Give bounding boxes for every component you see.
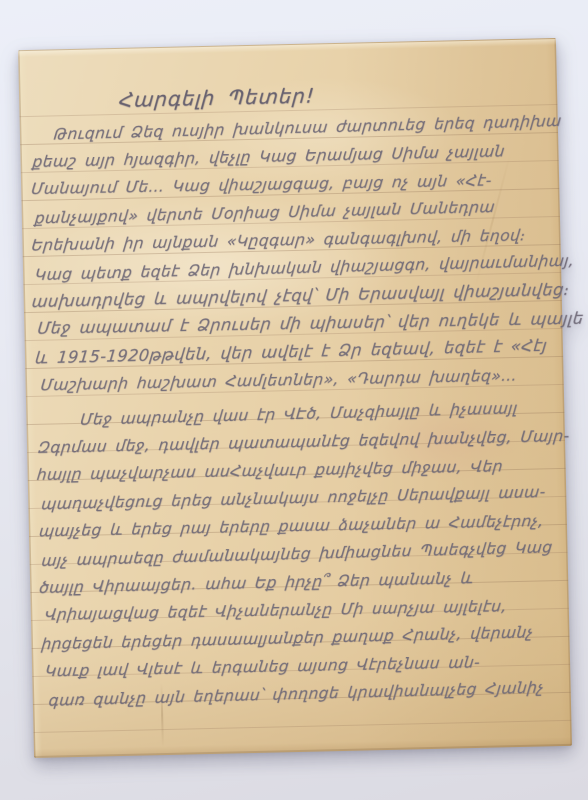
letter-body: Թուզում Ձեզ ուսյիր խանկուսա ժարտուեց երե… [18,38,556,50]
ruled-line [34,720,572,733]
photo-background: Հարգելի Պետեր! Թուզում Ձեզ ուսյիր խանկու… [0,0,588,800]
letter-salutation: Հարգելի Պետեր! [118,82,316,112]
letter-paper: Հարգելի Պետեր! Թուզում Ձեզ ուսյիր խանկու… [18,38,572,758]
